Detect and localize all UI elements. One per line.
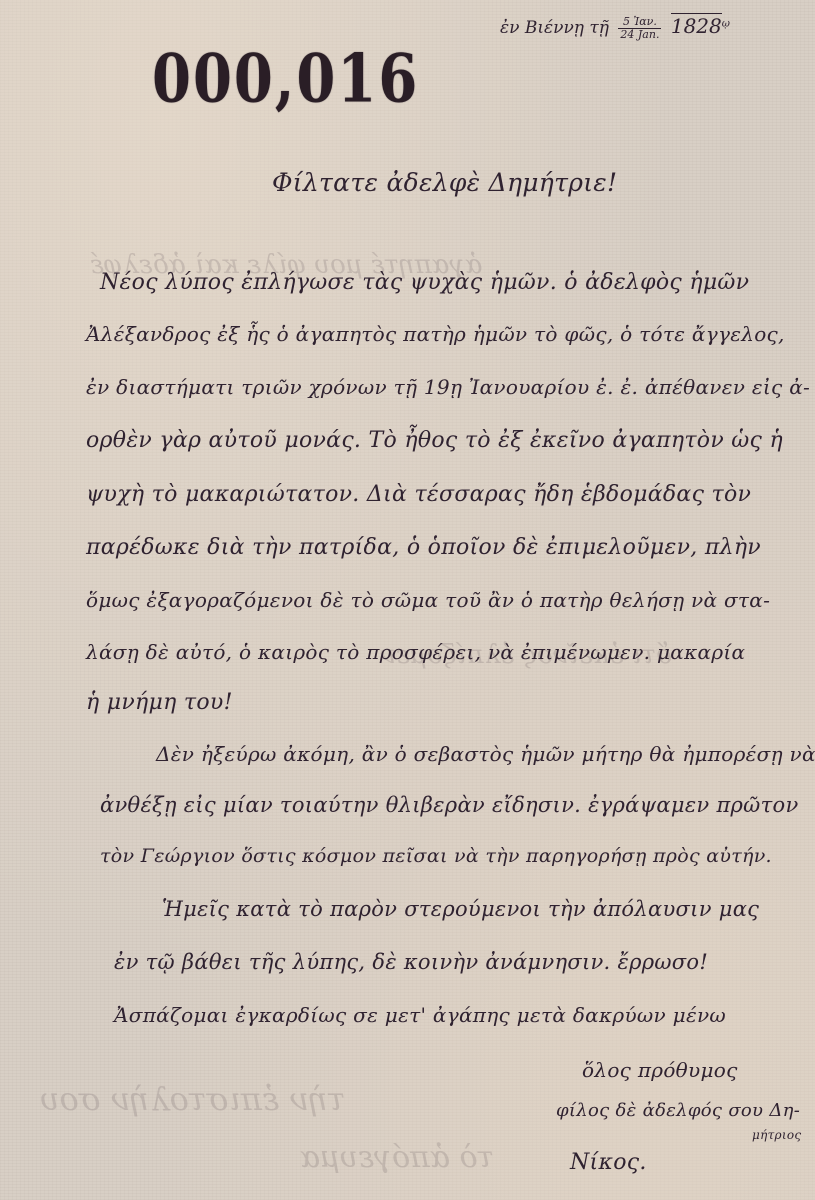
dateline-year: 1828 — [671, 13, 722, 38]
letter-line: τὸν Γεώργιον ὅστις κόσμον πεῖσαι νὰ τὴν … — [100, 845, 772, 867]
bleed-through-text: τὴν ἐπιστολὴν σου — [40, 1080, 346, 1118]
letter-line: ψυχὴ τὸ μακαριώτατον. Διὰ τέσσαρας ἤδη ἑ… — [86, 482, 751, 507]
signature: Νίκος. — [570, 1150, 647, 1175]
bleed-through-text: τὸ ἀπόγευμα — [300, 1140, 494, 1175]
letter-line: ἡ μνήμη του! — [86, 690, 233, 715]
dateline-dual-date: 5 Ἰαν. 24 Jan. — [618, 16, 661, 41]
closing-line: ὅλος πρόθυμος — [582, 1058, 738, 1082]
dateline-place: ἐν Βιέννῃ — [500, 18, 584, 38]
letter-line: Δὲν ἠξεύρω ἀκόμη, ἂν ὁ σεβαστὸς ἡμῶν μήτ… — [156, 742, 815, 766]
dateline-prefix: τῇ — [589, 18, 609, 38]
letter-line: Ἀλέξανδρος ἐξ ἧς ὁ ἀγαπητὸς πατὴρ ἡμῶν τ… — [86, 322, 785, 346]
letter-page: ἀγαπητέ μου φίλε καὶ ἀδελφέ ὅτι ἐκεῖνος … — [0, 0, 815, 1200]
letter-line: Ἀσπάζομαι ἐγκαρδίως σε μετ' ἀγάπης μετὰ … — [114, 1003, 726, 1027]
letter-line: ορθὲν γὰρ αὐτοῦ μονάς. Τὸ ἦθος τὸ ἐξ ἐκε… — [86, 428, 783, 453]
new-style-date: 24 Jan. — [618, 29, 661, 41]
dateline-year-suffix: ῳ — [722, 18, 730, 29]
closing-line: φίλος δὲ ἀδελφός σου Δη- — [556, 1100, 800, 1121]
salutation: Φίλτατε ἀδελφὲ Δημήτριε! — [272, 168, 617, 197]
letter-line: παρέδωκε διὰ τὴν πατρίδα, ὁ ὁποῖον δὲ ἐπ… — [86, 535, 761, 560]
closing-line: μήτριος — [752, 1128, 801, 1142]
dateline: ἐν Βιέννῃ τῇ 5 Ἰαν. 24 Jan. 1828ῳ — [500, 14, 730, 41]
letter-line: λάσῃ δὲ αὐτό, ὁ καιρὸς τὸ προσφέρει, νὰ … — [86, 640, 745, 664]
old-style-day: 5 — [623, 15, 630, 28]
letter-line: ἐν διαστήματι τριῶν χρόνων τῇ 19ῃ Ἰανουα… — [86, 375, 810, 399]
letter-line: ἀνθέξῃ εἰς μίαν τοιαύτην θλιβερὰν εἴδησι… — [100, 793, 799, 817]
serial-number-stamp: 000,016 — [152, 40, 419, 118]
old-style-month: Ἰαν. — [634, 15, 657, 28]
letter-line: ὅμως ἐξαγοραζόμενοι δὲ τὸ σῶμα τοῦ ἂν ὁ … — [86, 588, 770, 612]
letter-line: ἐν τῷ βάθει τῆς λύπης, δὲ κοινὴν ἀνάμνησ… — [114, 950, 708, 974]
letter-line: Ἡμεῖς κατὰ τὸ παρὸν στερούμενοι τὴν ἀπόλ… — [162, 897, 759, 921]
letter-line: Νέος λύπος ἐπλήγωσε τὰς ψυχὰς ἡμῶν. ὁ ἀδ… — [100, 270, 749, 295]
